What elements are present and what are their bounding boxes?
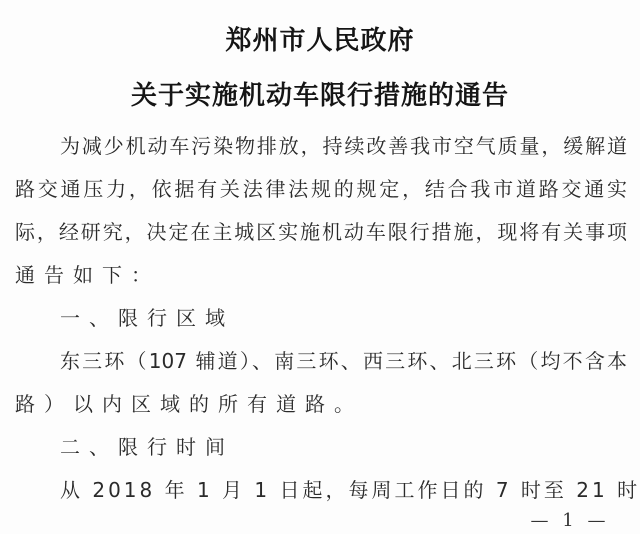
issuer-title: 郑州市人民政府 — [0, 20, 640, 57]
page-number: — 1 — — [520, 510, 620, 531]
paragraph-line: 通告如下： — [15, 262, 627, 288]
paragraph-line: 为减少机动车污染物排放，持续改善我市空气质量，缓解道 — [60, 133, 627, 159]
notice-title: 关于实施机动车限行措施的通告 — [0, 75, 640, 112]
section-heading-time: 二、限行时间 — [60, 434, 627, 460]
section-heading-area: 一、限行区域 — [60, 305, 627, 331]
document-page: 郑州市人民政府 关于实施机动车限行措施的通告 为减少机动车污染物排放，持续改善我… — [0, 0, 640, 534]
section-line: 东三环（107 辅道）、南三环、西三环、北三环（均不含本 — [60, 348, 627, 374]
section-line: 从 2018 年 1 月 1 日起，每周工作日的 7 时至 21 时。 — [60, 477, 627, 503]
section-line: 路）以内区域的所有道路。 — [15, 391, 627, 417]
paragraph-line: 路交通压力，依据有关法律法规的规定，结合我市道路交通实 — [15, 176, 627, 202]
paragraph-line: 际，经研究，决定在主城区实施机动车限行措施，现将有关事项 — [15, 219, 627, 245]
